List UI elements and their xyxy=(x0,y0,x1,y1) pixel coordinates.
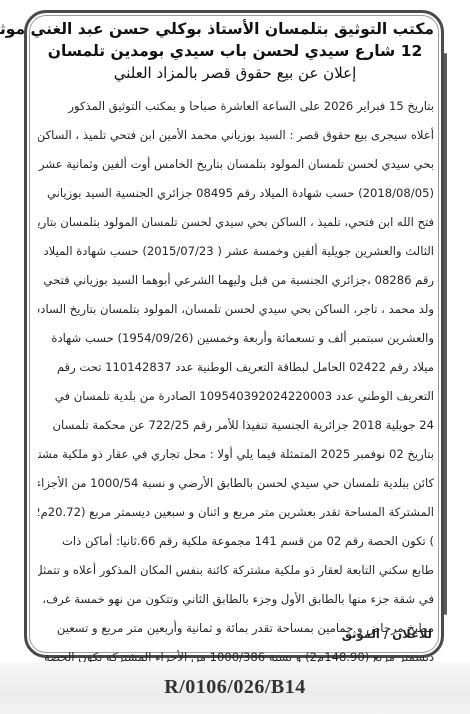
reference-code: R/0106/026/B14 xyxy=(0,676,470,699)
body-line: في شقة جزء منها بالطابق الأول وجزء بالطا… xyxy=(38,585,434,614)
announcement-header: مكتب التوثيق بتلمسان الأستاذ بوكلي حسن ع… xyxy=(36,18,434,84)
notary-office-line: مكتب التوثيق بتلمسان الأستاذ بوكلي حسن ع… xyxy=(36,18,434,40)
body-line: كائن ببلدية تلمسان حي سيدي لحسن بالطابق … xyxy=(38,469,434,498)
announcement-body: بتاريخ 15 فبراير 2026 على الساعة العاشرة… xyxy=(38,92,434,701)
body-line: بتاريخ 15 فبراير 2026 على الساعة العاشرة… xyxy=(38,92,434,121)
body-line: بحي سيدي لحسن تلمسان المولود بتلمسان بتا… xyxy=(38,150,434,179)
body-line: ميلاد رقم 02422 الحامل لبطاقة التعريف ال… xyxy=(38,353,434,382)
body-line: طابع سكني التابعة لعقار ذو ملكية مشتركة … xyxy=(38,556,434,585)
announcement-title: إعلان عن بيع حقوق قصر بالمزاد العلني xyxy=(36,62,434,84)
body-line: المشتركة المساحة تقدر بعشرين متر مربع و … xyxy=(38,498,434,527)
body-line: أعلاه سيجرى بيع حقوق قصر : السيد بوزياني… xyxy=(38,121,434,150)
body-line: التعريف الوطني عدد 109540392024220003 ال… xyxy=(38,382,434,411)
body-line: بتاريخ 02 نوفمبر 2025 المتمثلة فيما يلي … xyxy=(38,440,434,469)
body-line: فتح الله ابن فتحي، تلميذ ، الساكن بحي سي… xyxy=(38,208,434,237)
notary-signature: للاعلان / الموثق xyxy=(342,627,432,641)
body-line: والعشرين سبتمبر ألف و تسعمائة وأربعة وخم… xyxy=(38,324,434,353)
notary-address-line: 12 شارع سيدي لحسن باب سيدي بومدين تلمسان xyxy=(36,40,434,62)
body-line: ولد محمد ، تاجر، الساكن بحي سيدي لحسن تل… xyxy=(38,295,434,324)
body-line: 24 جويلية 2018 جزائرية الجنسية تنفيذا لل… xyxy=(38,411,434,440)
body-line: ) تكون الحصة رقم 02 من قسم 141 مجموعة مل… xyxy=(38,527,434,556)
body-line: (2018/08/05) حسب شهادة الميلاد رقم 08495… xyxy=(38,179,434,208)
body-line: الثالث والعشرين جويلية ألفين وخمسة عشر (… xyxy=(38,237,434,266)
body-line: رقم 08286 ،جزائري الجنسية من قبل وليهما … xyxy=(38,266,434,295)
